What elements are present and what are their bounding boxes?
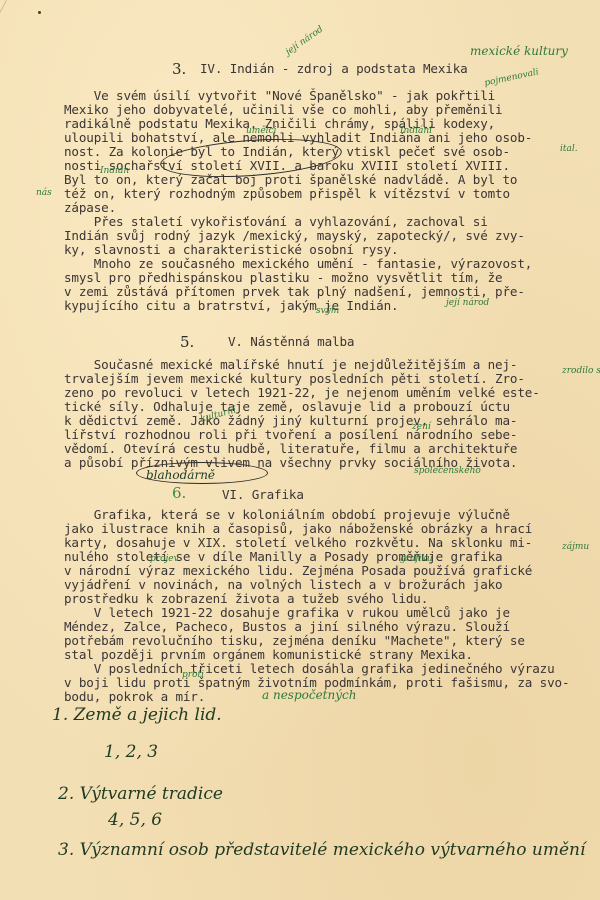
- title-annotation-insert: její národ: [284, 24, 325, 57]
- annotation-spolecenskeho: společenského: [414, 466, 481, 476]
- text-line: karty, dosahuje v XIX. století velkého r…: [64, 536, 532, 550]
- section-number-annotation: 5.: [180, 333, 194, 351]
- text-line: lířství rozhodnou roli při tvoření a pos…: [64, 428, 517, 442]
- text-line: Současné mexické malířské hnutí je nejdů…: [64, 358, 517, 372]
- outline-item-1-sub: 1, 2, 3: [104, 742, 158, 762]
- annotation-projev: projev: [150, 554, 179, 564]
- text-line: prostředku k zobrazení života a tužeb sv…: [64, 592, 428, 606]
- annotation-zrodilo-se: zrodilo se: [562, 366, 600, 376]
- section-vi-title: VI. Grafika: [222, 488, 304, 502]
- annotation-svym: svým: [316, 306, 339, 316]
- text-line: Grafika, která se v koloniálním období p…: [64, 508, 510, 522]
- document-page: 3. IV. Indián - zdroj a podstata Mexika …: [0, 0, 600, 900]
- text-line: ky, slavnosti a charakteristické osobní …: [64, 243, 398, 257]
- handwritten-circle-mark: [136, 462, 268, 484]
- outline-item-1: 1. Země a jejich lid.: [52, 705, 222, 725]
- section-number-annotation: 6.: [172, 484, 186, 502]
- text-line: Mnoho ze současného mexického umění - fa…: [64, 257, 532, 271]
- annotation-zeni: zení: [412, 422, 431, 432]
- text-line: potřebám revolučního tisku, zejména dení…: [64, 634, 525, 648]
- section-iv-title: IV. Indián - zdroj a podstata Mexika: [200, 62, 468, 76]
- text-line: Přes staletí vykořisťování a vyhlazování…: [64, 215, 488, 229]
- text-line: V letech 1921-22 dosahuje grafika v ruko…: [64, 606, 510, 620]
- text-line: trvalejším jevem mexické kultury posledn…: [64, 372, 525, 386]
- annotation-a-nespocetnych: a nespočetných: [262, 688, 356, 702]
- outline-item-2: 2. Výtvarné tradice: [58, 784, 223, 804]
- text-line: Méndez, Zalce, Pacheco, Bustos a jiní si…: [64, 620, 510, 634]
- text-line: smysl pro předhispánskou plastiku - možn…: [64, 271, 503, 285]
- text-line: bodu, pokrok a mír.: [64, 690, 205, 704]
- text-line: též on, který rozhodným způsobem přispěl…: [64, 187, 510, 201]
- annotation-pojmenovali: pojmenovali: [484, 67, 540, 88]
- text-line: zeno po revoluci v letech 1921-22, je ne…: [64, 386, 540, 400]
- paper-fold-crease: [0, 0, 7, 71]
- text-line: V posledních třiceti letech dosáhla graf…: [64, 662, 555, 676]
- annotation-umelci: umělci: [246, 126, 276, 136]
- outline-item-3: 3. Významní osob představitelé mexického…: [58, 840, 585, 860]
- text-line: vyjádření v novinách, na volných listech…: [64, 578, 503, 592]
- text-line: stal později prvním orgánem komunistické…: [64, 648, 473, 662]
- text-line: tické síly. Odhaluje taje země, oslavuje…: [64, 400, 510, 414]
- paper-hole: [38, 11, 41, 14]
- text-line: Ve svém úsilí vytvořit "Nové Španělsko" …: [64, 89, 495, 103]
- text-line: jako ilustrace knih a časopisů, jako náb…: [64, 522, 532, 536]
- annotation-nas: nás: [36, 188, 52, 198]
- text-line: nulého století se v díle Manilly a Posad…: [64, 550, 503, 564]
- text-line: Mexiko jeho dobyvatelé, učinili vše co m…: [64, 103, 503, 117]
- annotation-ital: ital.: [560, 144, 578, 154]
- annotation-proti: proti: [182, 670, 204, 680]
- text-line: v národní výraz mexického lidu. Zejména …: [64, 564, 532, 578]
- annotation-indiani: Indiáni: [400, 126, 432, 136]
- text-line: Byl to on, který začal boj proti španěls…: [64, 173, 517, 187]
- annotation-grafiku: grafiku: [400, 554, 433, 564]
- section-v-title: V. Nástěnná malba: [228, 335, 354, 349]
- text-line: vědomí. Otevírá cestu hudbě, literatuře,…: [64, 442, 517, 456]
- text-line: Indián svůj rodný jazyk /mexický, mayský…: [64, 229, 525, 243]
- text-line: zápase.: [64, 201, 116, 215]
- annotation-zajmu: zájmu: [562, 542, 589, 552]
- section-number-annotation: 3.: [172, 60, 186, 78]
- title-annotation-above: mexické kultury: [470, 44, 568, 58]
- text-line: v zemi zůstává přítomen prvek tak plný n…: [64, 285, 525, 299]
- annotation-indian: Indián: [100, 166, 129, 176]
- text-line: kypujícího citu a bratrství, jakým je In…: [64, 299, 398, 313]
- outline-item-2-sub: 4, 5, 6: [108, 810, 162, 830]
- text-line: k dědictví země. Jako žádný jiný kulturn…: [64, 414, 517, 428]
- annotation-jeji-narod: její národ: [446, 298, 489, 308]
